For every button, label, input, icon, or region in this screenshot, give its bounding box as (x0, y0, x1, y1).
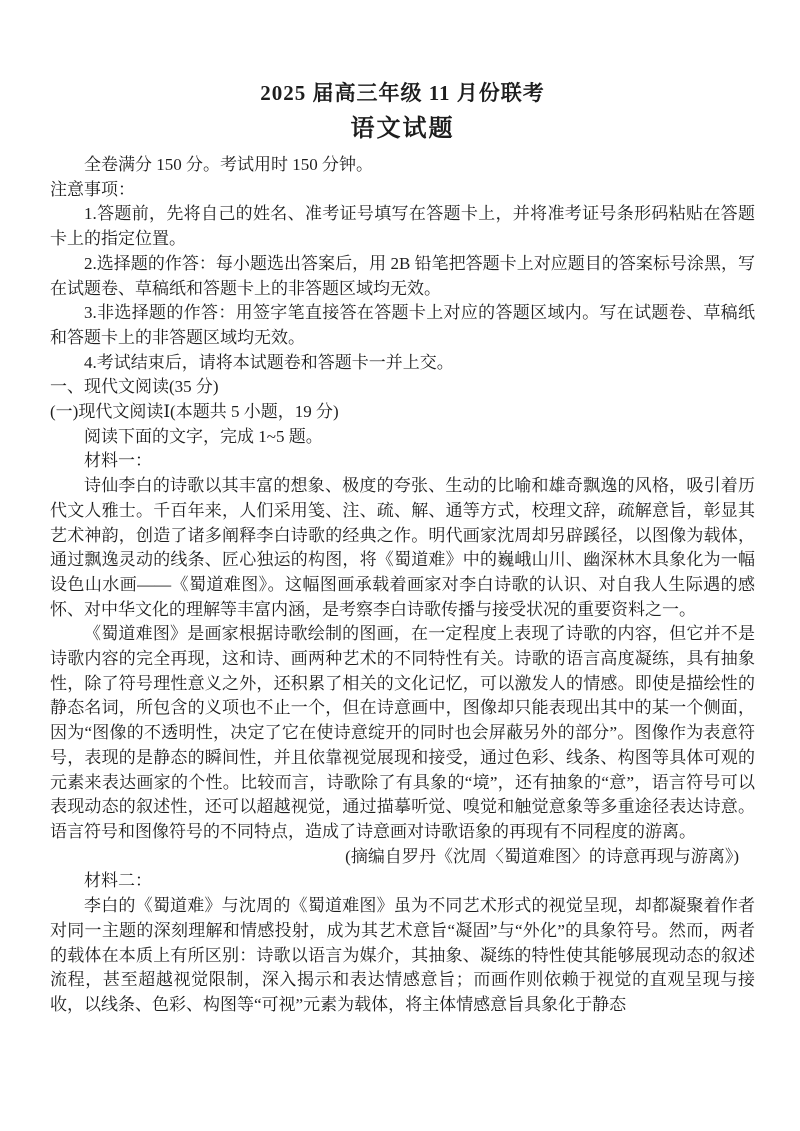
material-two-paragraph-1: 李白的《蜀道难》与沈周的《蜀道难图》虽为不同艺术形式的视觉呈现，却都凝聚着作者对… (50, 894, 755, 1018)
notice-item-4: 4.考试结束后，请将本试题卷和答题卡一并上交。 (50, 351, 755, 376)
notice-heading: 注意事项： (50, 178, 755, 203)
reading-instruction: 阅读下面的文字，完成 1~5 题。 (50, 425, 755, 450)
notice-item-2: 2.选择题的作答：每小题选出答案后，用 2B 铅笔把答题卡上对应题目的答案标号涂… (50, 252, 755, 301)
exam-title: 2025 届高三年级 11 月份联考 (50, 76, 755, 110)
material-one-paragraph-2: 《蜀道难图》是画家根据诗歌绘制的图画，在一定程度上表现了诗歌的内容，但它并不是诗… (50, 622, 755, 844)
notice-item-1: 1.答题前，先将自己的姓名、准考证号填写在答题卡上，并将准考证号条形码粘贴在答题… (50, 202, 755, 251)
exam-paper-page: 2025 届高三年级 11 月份联考 语文试题 全卷满分 150 分。考试用时 … (0, 0, 800, 1131)
material-one-attribution: (摘编自罗丹《沈周〈蜀道难图〉的诗意再现与游离》) (50, 845, 755, 870)
material-one-label: 材料一： (50, 449, 755, 474)
section-heading: 一、现代文阅读(35 分) (50, 375, 755, 400)
exam-subject-title: 语文试题 (50, 110, 755, 148)
exam-body: 全卷满分 150 分。考试用时 150 分钟。 注意事项： 1.答题前，先将自己… (50, 153, 755, 1018)
exam-summary-line: 全卷满分 150 分。考试用时 150 分钟。 (50, 153, 755, 178)
material-one-paragraph-1: 诗仙李白的诗歌以其丰富的想象、极度的夸张、生动的比喻和雄奇飘逸的风格，吸引着历代… (50, 474, 755, 622)
material-two-label: 材料二： (50, 869, 755, 894)
notice-item-3: 3.非选择题的作答：用签字笔直接答在答题卡上对应的答题区域内。写在试题卷、草稿纸… (50, 301, 755, 350)
section-subheading: (一)现代文阅读Ⅰ(本题共 5 小题，19 分) (50, 400, 755, 425)
